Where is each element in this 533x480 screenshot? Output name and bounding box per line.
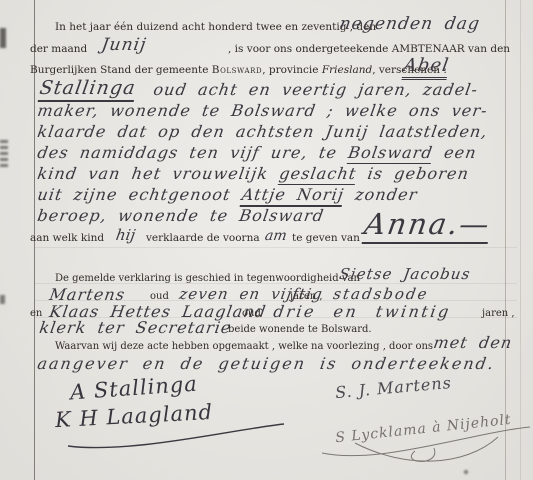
child-name-handwritten: Anna.— <box>362 208 493 241</box>
printed-jaren-1: jaren , <box>290 291 323 303</box>
laagland-flourish <box>60 420 290 454</box>
right-margin-line <box>505 0 506 480</box>
signature-witness1: S. J. Martens <box>334 373 452 402</box>
printed-oud-1: oud <box>150 291 169 303</box>
naming-suffix-handwritten: am <box>264 228 288 244</box>
declarant-firstname-handwritten: Abel <box>402 56 451 77</box>
witness1-firstnames: Sietse Jacobus <box>338 266 472 283</box>
gender-underlined: geslacht <box>278 164 358 185</box>
declarant-surname-handwritten: Stallinga <box>38 78 137 100</box>
official-signature-flourish <box>320 425 533 470</box>
naming-printed-c: te geven van <box>292 232 360 244</box>
witness-intro-printed: De gemelde verklaring is geschied in teg… <box>55 273 360 285</box>
declaration-line-7: beroep, wonende te Bolsward <box>36 207 326 225</box>
witness2-age: drie en twintig <box>272 303 452 321</box>
closing-printed: Waarvan wij deze acte hebben opgemaakt ,… <box>55 341 433 353</box>
month-label-printed: der maand <box>30 43 87 55</box>
declaration-line-5: kind van het vrouwelijk geslacht is gebo… <box>36 165 470 183</box>
printed-residence: beide wonende te Bolsward. <box>228 324 372 336</box>
declaration-line-6: uit zijne echtgenoot Attje Norij zonder <box>36 186 419 204</box>
declaration-line-2: maker, wonende te Bolsward ; welke ons v… <box>36 102 489 120</box>
birth-record-scan: In het jaar één duizend acht honderd twe… <box>0 0 533 480</box>
bleedthrough-mark <box>0 140 8 170</box>
printed-oud-2: oud <box>242 308 261 320</box>
municipality-name: Bolsward <box>212 64 262 76</box>
day-handwritten: negenden dag <box>338 15 481 35</box>
witness2-occupation: klerk ter Secretarie <box>38 319 233 337</box>
witness1-occupation: stadsbode <box>332 286 430 303</box>
ink-dot <box>464 470 468 474</box>
province-label: , provincie <box>262 64 322 76</box>
page-edge-line <box>520 0 521 480</box>
month-handwritten: Junij <box>100 36 148 56</box>
province-name: Friesland <box>322 64 372 76</box>
scan-smudge <box>0 295 5 304</box>
registry-line-printed: Burgerlijken Stand der gemeente Bolsward… <box>30 64 447 76</box>
closing-handwritten-2: aangever en de getuigen is onderteekend. <box>36 355 496 373</box>
declaration-line-4: des namiddags ten vijf ure, te Bolsward … <box>36 144 478 162</box>
mother-name-underlined: Attje Norij <box>240 185 346 207</box>
declaration-line-1: oud acht en veertig jaren, zadel- <box>152 81 479 99</box>
declaration-line-3: klaarde dat op den achtsten Junij laatst… <box>36 123 489 141</box>
naming-pronoun-handwritten: hij <box>115 227 137 244</box>
birthplace-underlined: Bolsward <box>347 143 435 164</box>
naming-printed-b: verklaarde de voorna <box>146 232 260 244</box>
closing-handwritten-1: met den <box>432 334 514 352</box>
ruling-hairline <box>34 247 517 248</box>
opening-line-2-printed: , is voor ons ondergeteekende AMBTENAAR … <box>228 43 510 55</box>
opening-line-1-printed: In het jaar één duizend acht honderd twe… <box>55 21 376 33</box>
registry-text: Burgerlijken Stand der gemeente <box>30 64 212 76</box>
printed-jaren-2: jaren , <box>482 308 515 320</box>
scan-smudge <box>0 28 6 48</box>
naming-printed-a: aan welk kind <box>30 232 104 244</box>
signature-declarant: A Stallinga <box>69 372 198 405</box>
